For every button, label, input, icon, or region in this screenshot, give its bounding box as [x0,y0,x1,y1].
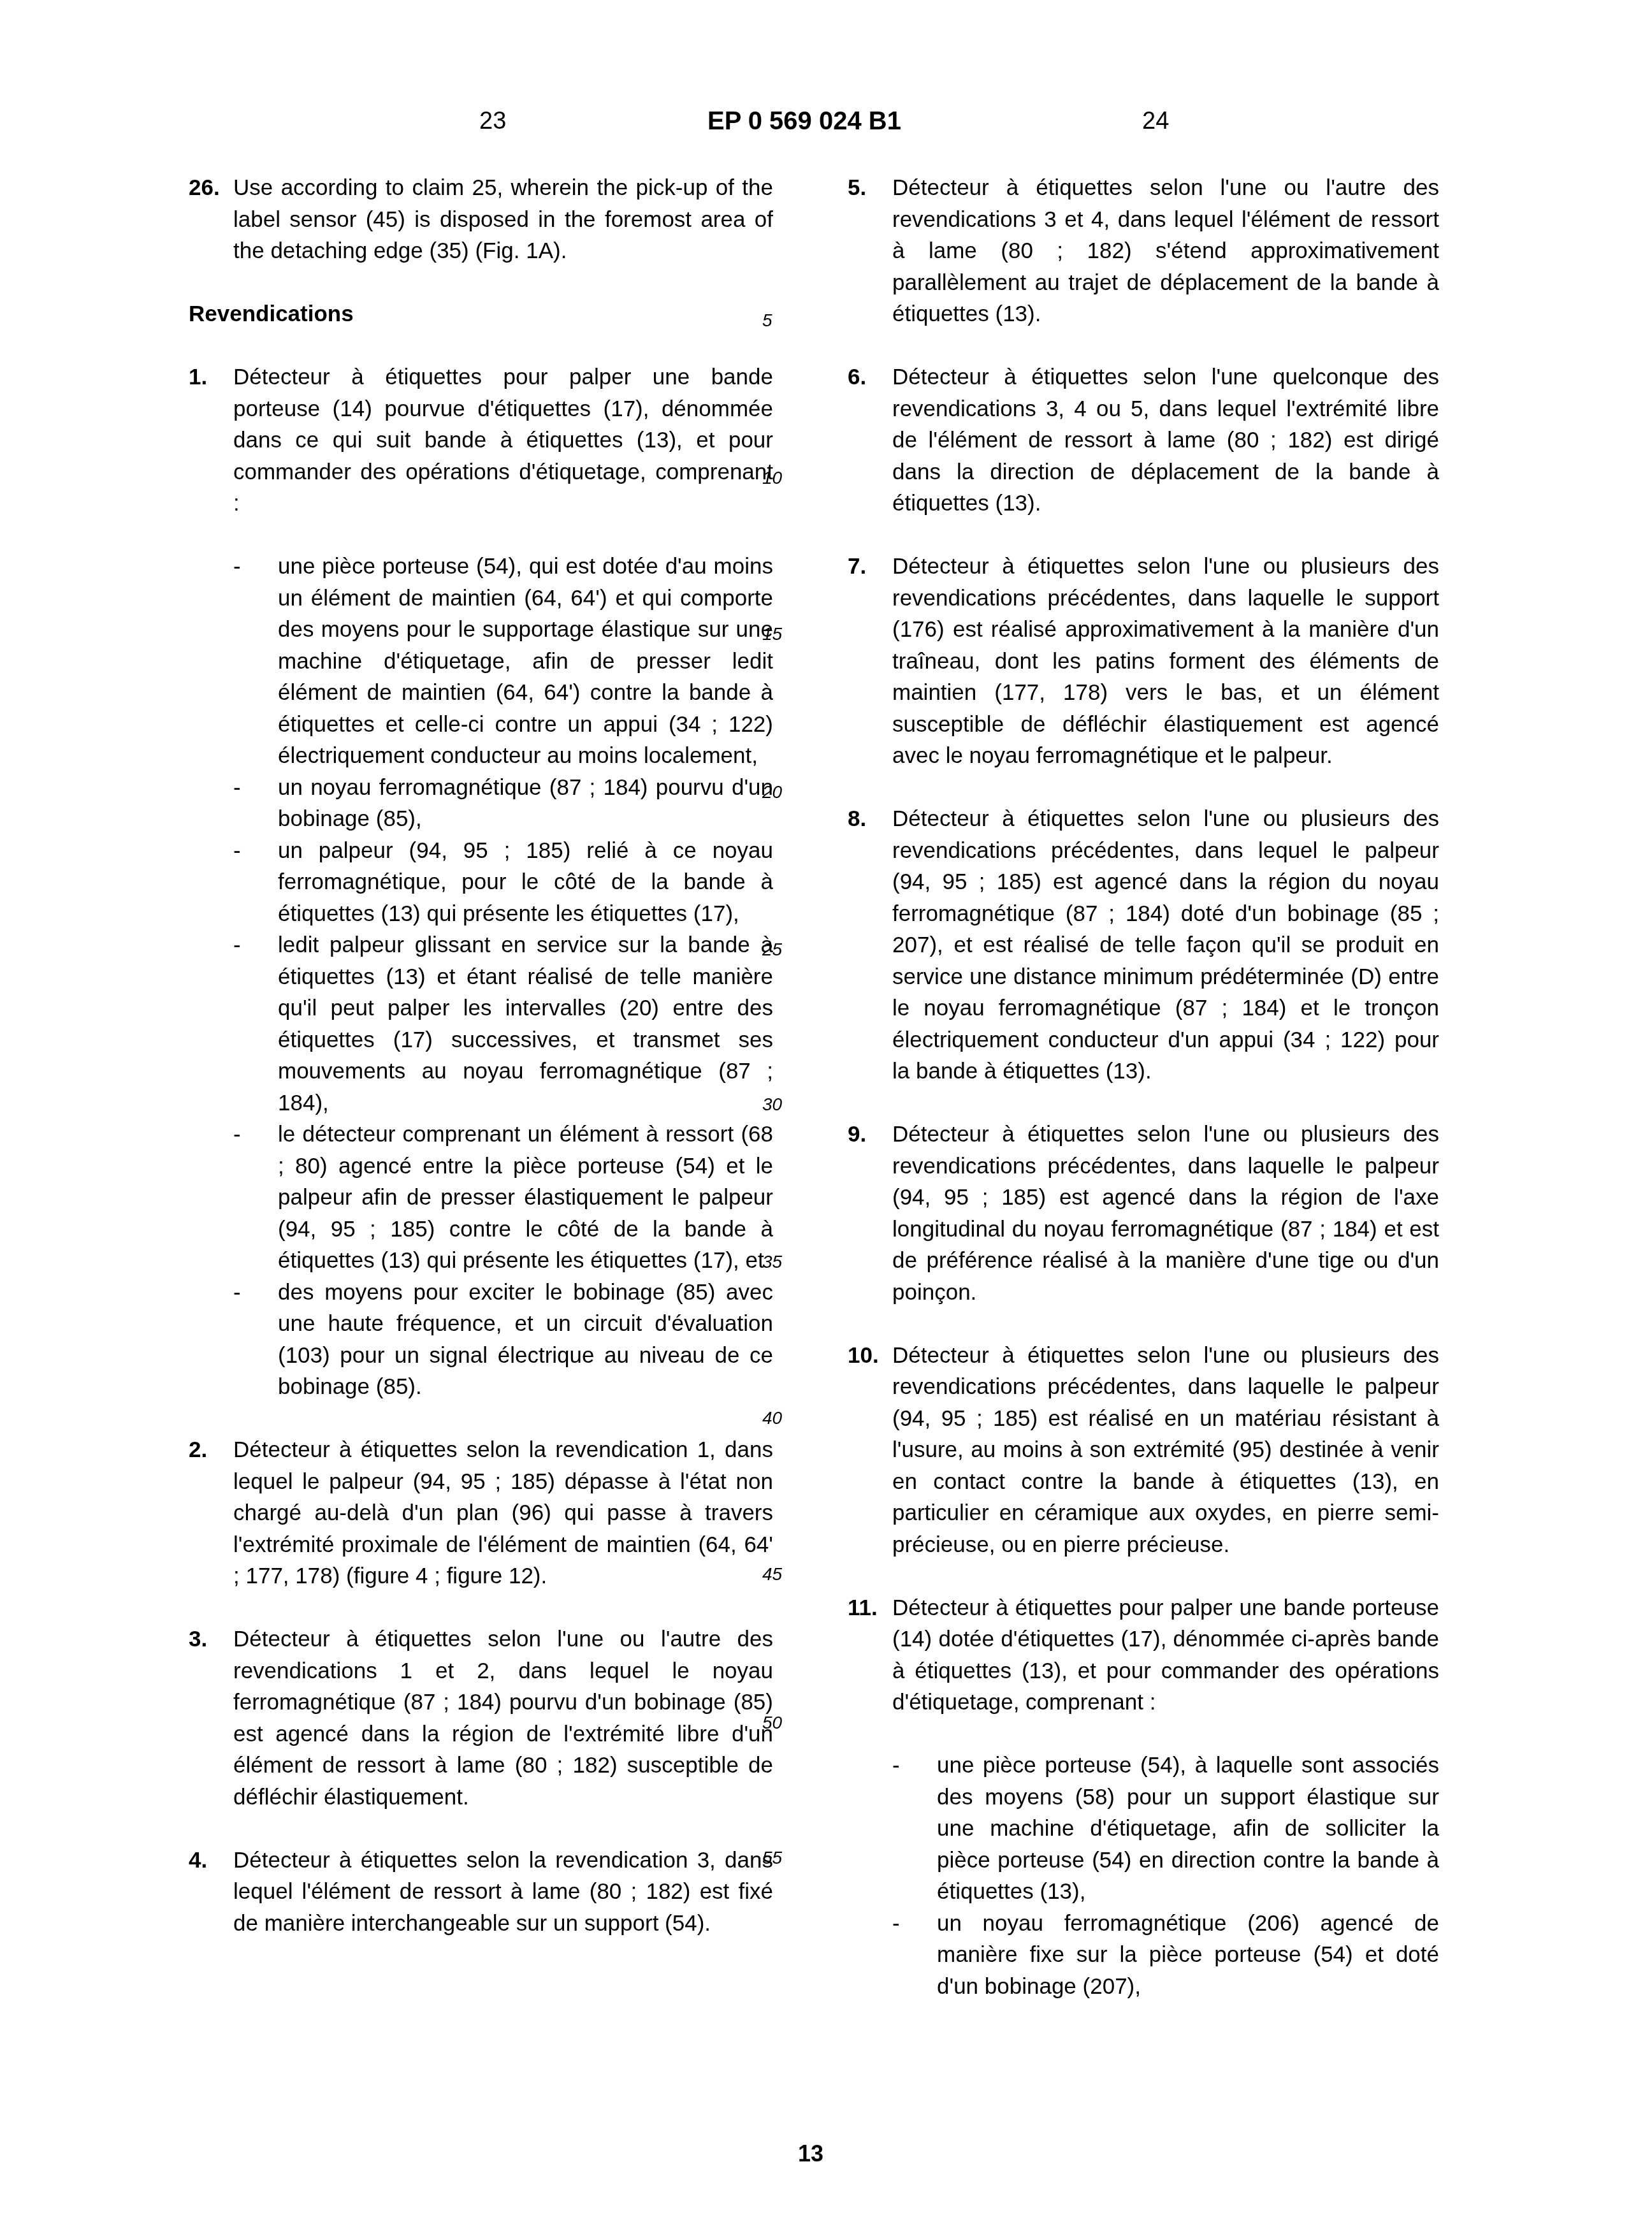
bullet-dash-icon: - [233,929,278,1119]
bullet-dash-icon: - [233,1119,278,1277]
line-number-40: 40 [762,1409,782,1428]
claim-item: -des moyens pour exciter le bobinage (85… [233,1277,773,1403]
section-heading-revendications: Revendications [189,298,773,330]
bullet-dash-icon: - [892,1908,937,2003]
claim-26: 26. Use according to claim 25, wherein t… [189,172,773,267]
bullet-dash-icon: - [233,1277,278,1403]
line-number-25: 25 [762,940,782,959]
claim-number: 6. [848,361,892,519]
claim-item: -une pièce porteuse (54), qui est dotée … [233,551,773,772]
claim-text: Détecteur à étiquettes selon la revendic… [233,1434,773,1592]
claim-11: 11. Détecteur à étiquettes pour palper u… [848,1592,1439,2003]
bullet-dash-icon: - [233,772,278,835]
claim-number: 10. [848,1340,892,1561]
claim-item: -un noyau ferromagnétique (87 ; 184) pou… [233,772,773,835]
claim-item: -ledit palpeur glissant en service sur l… [233,929,773,1119]
claim-item-text: des moyens pour exciter le bobinage (85)… [278,1277,773,1403]
claim-item-text: un palpeur (94, 95 ; 185) relié à ce noy… [278,835,773,930]
line-number-30: 30 [762,1095,782,1114]
claim-7: 7. Détecteur à étiquettes selon l'une ou… [848,551,1439,772]
claim-item: -un noyau ferromagnétique (206) agencé d… [892,1908,1439,2003]
claim-number: 11. [848,1592,892,2003]
claim-item: -un palpeur (94, 95 ; 185) relié à ce no… [233,835,773,930]
claim-item: -le détecteur comprenant un élément à re… [233,1119,773,1277]
claim-number: 8. [848,803,892,1087]
claim-item: -une pièce porteuse (54), à laquelle son… [892,1750,1439,1908]
claim-text: Détecteur à étiquettes pour palper une b… [233,361,773,519]
bullet-dash-icon: - [233,835,278,930]
claim-item-text: un noyau ferromagnétique (206) agencé de… [937,1908,1439,2003]
claim-item-text: le détecteur comprenant un élément à res… [278,1119,773,1277]
claim-9: 9. Détecteur à étiquettes selon l'une ou… [848,1119,1439,1308]
claim-text: Détecteur à étiquettes selon l'une ou pl… [892,803,1439,1087]
line-number-50: 50 [762,1713,782,1732]
line-number-5: 5 [762,311,772,330]
page-number: 13 [798,2140,823,2167]
right-column: 5. Détecteur à étiquettes selon l'une ou… [848,172,1439,2034]
claim-text: Détecteur à étiquettes selon l'une ou l'… [233,1623,773,1813]
left-column: 26. Use according to claim 25, wherein t… [189,172,773,1971]
claim-number: 4. [189,1845,233,1940]
claim-1: 1. Détecteur à étiquettes pour palper un… [189,361,773,1403]
claim-3: 3. Détecteur à étiquettes selon l'une ou… [189,1623,773,1813]
claim-number: 5. [848,172,892,330]
claim-4: 4. Détecteur à étiquettes selon la reven… [189,1845,773,1940]
claim-8: 8. Détecteur à étiquettes selon l'une ou… [848,803,1439,1087]
publication-number: EP 0 569 024 B1 [707,107,901,135]
claim-item-text: une pièce porteuse (54), à laquelle sont… [937,1750,1439,1908]
claim-10: 10. Détecteur à étiquettes selon l'une o… [848,1340,1439,1561]
line-number-20: 20 [762,783,782,802]
claim-2: 2. Détecteur à étiquettes selon la reven… [189,1434,773,1592]
bullet-dash-icon: - [233,551,278,772]
claim-5: 5. Détecteur à étiquettes selon l'une ou… [848,172,1439,330]
claim-text: Détecteur à étiquettes selon l'une ou pl… [892,1340,1439,1561]
claim-item-text: ledit palpeur glissant en service sur la… [278,929,773,1119]
claim-item-text: un noyau ferromagnétique (87 ; 184) pour… [278,772,773,835]
claim-number: 7. [848,551,892,772]
claim-number: 9. [848,1119,892,1308]
line-number-35: 35 [762,1252,782,1272]
claim-item-text: une pièce porteuse (54), qui est dotée d… [278,551,773,772]
left-column-number: 23 [479,107,506,135]
claim-text: Détecteur à étiquettes selon l'une ou pl… [892,551,1439,772]
line-number-10: 10 [762,468,782,488]
claim-number: 26. [189,172,233,267]
claim-1-items: -une pièce porteuse (54), qui est dotée … [233,551,773,1403]
claim-11-items: -une pièce porteuse (54), à laquelle son… [892,1750,1439,2002]
line-number-55: 55 [762,1848,782,1868]
claim-number: 3. [189,1623,233,1813]
claim-text: Détecteur à étiquettes selon l'une ou l'… [892,172,1439,330]
claim-text: Détecteur à étiquettes selon l'une ou pl… [892,1119,1439,1308]
line-number-45: 45 [762,1565,782,1584]
claim-text: Détecteur à étiquettes pour palper une b… [892,1592,1439,1718]
claim-text: Détecteur à étiquettes selon la revendic… [233,1845,773,1940]
claim-6: 6. Détecteur à étiquettes selon l'une qu… [848,361,1439,519]
line-number-15: 15 [762,625,782,644]
claim-text: Use according to claim 25, wherein the p… [233,172,773,267]
claim-number: 1. [189,361,233,1403]
right-column-number: 24 [1142,107,1169,135]
bullet-dash-icon: - [892,1750,937,1908]
claim-number: 2. [189,1434,233,1592]
claim-text: Détecteur à étiquettes selon l'une quelc… [892,361,1439,519]
